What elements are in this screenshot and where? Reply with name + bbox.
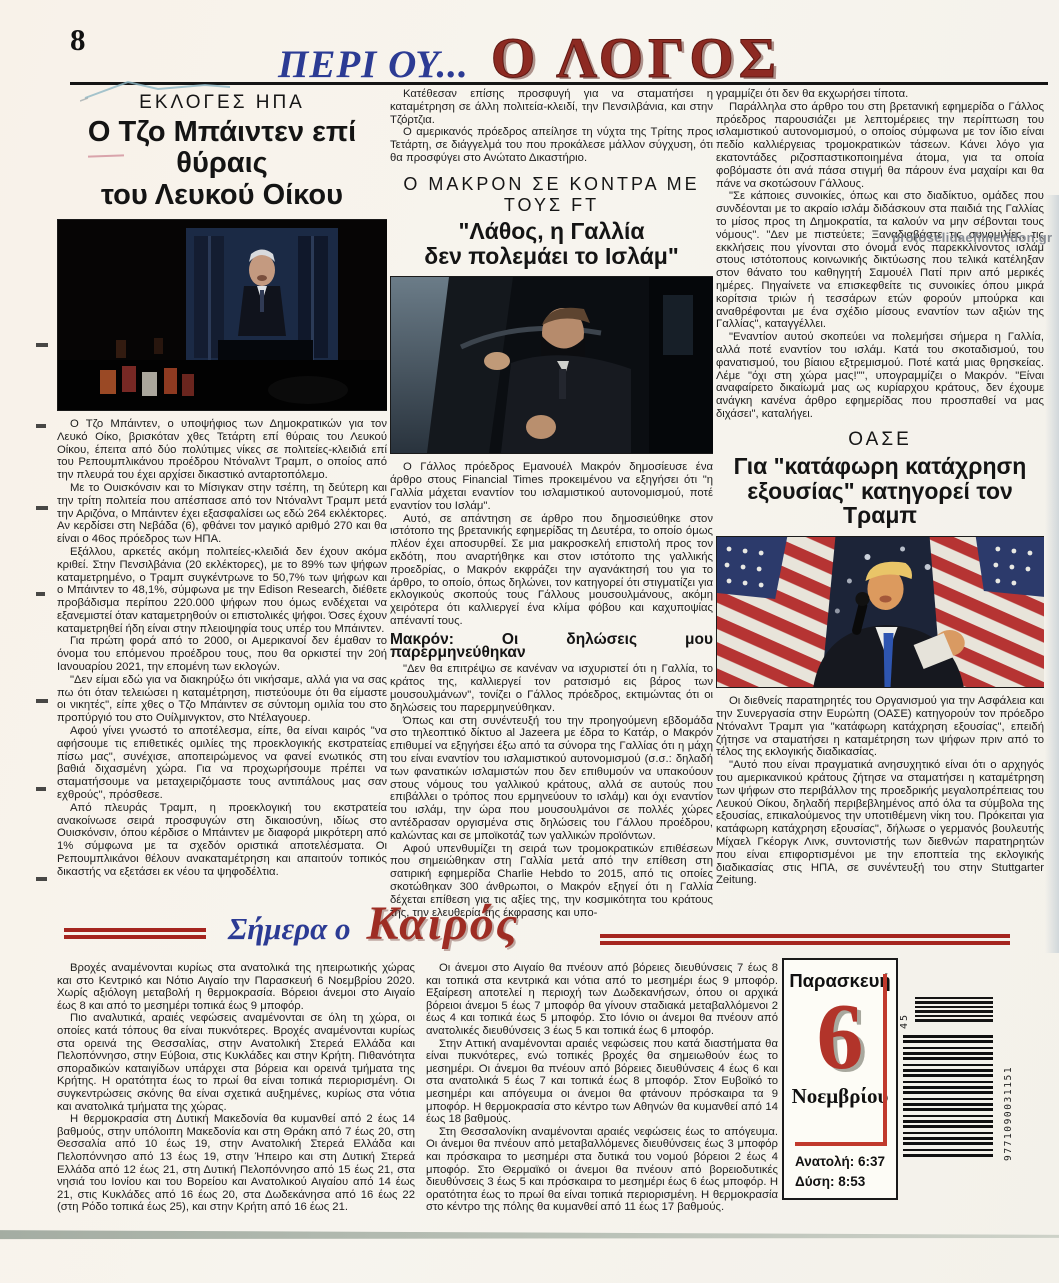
scan-mark [36, 424, 46, 428]
sunset-time: Δύση: 8:53 [795, 1172, 885, 1192]
biden-paragraph: Από πλευράς Τραμπ, η προεκλογική του εκσ… [57, 802, 387, 879]
macron-paragraph: Ο Γάλλος πρόεδρος Εμανουέλ Μακρόν δημοσί… [390, 461, 713, 512]
calendar-sun-times: Ανατολή: 6:37 Δύση: 8:53 [795, 1152, 885, 1192]
barcode-top-bars [915, 997, 993, 1024]
calendar-red-line-horizontal [795, 1142, 887, 1146]
biden-paragraph: Για πρώτη φορά από το 2000, οι Αμερικανο… [57, 635, 387, 673]
macron-paragraph: "Δεν θα επιτρέψω σε κανέναν να ισχυριστε… [390, 663, 713, 714]
calendar-month: Νοεμβρίου [784, 1084, 896, 1109]
calendar-box: Παρασκευή 6 Νοεμβρίου Ανατολή: 6:37 Δύση… [782, 958, 898, 1200]
sunrise-time: Ανατολή: 6:37 [795, 1152, 885, 1172]
newspaper-page: 8 ΠΕΡΙ ΟΥ...Ο ΛΟΓΟΣ ΕΚΛΟΓΕΣ ΗΠΑ Ο Τζο Μπ… [0, 0, 1059, 1283]
macron-cont-paragraph: "Εναντίον αυτού σκοπεύει να πολεμήσει σή… [716, 331, 1044, 421]
biden-photo [57, 219, 387, 411]
scan-mark [36, 877, 47, 881]
weather-paragraph: Στην Αττική αναμένονται αραιές νεφώσεις … [426, 1038, 778, 1126]
weather-paragraph: Η θερμοκρασία στη Δυτική Μακεδονία θα κυ… [57, 1113, 415, 1214]
scan-mark [36, 343, 48, 347]
weather-rule-right [600, 934, 1010, 945]
scan-edge-strip [1045, 195, 1059, 953]
oasce-paragraph: "Αυτό που είναι πραγματικά ανησυχητικό ε… [716, 759, 1044, 887]
macron-headline-line2: δεν πολεμάει το Ισλάμ" [390, 244, 713, 269]
scan-mark [36, 592, 45, 596]
trump-photo [716, 536, 1044, 688]
macron-subhead: Μακρόν: Οι δηλώσεις μου παρερμηνεύθηκαν [390, 634, 713, 660]
calendar-red-line-vertical [883, 974, 887, 1146]
biden-headline-line1: Ο Τζο Μπάιντεν επί θύραις [57, 117, 387, 180]
weather-paragraph: Οι άνεμοι στο Αιγαίο θα πνέουν από βόρει… [426, 962, 778, 1038]
weather-banner-title: Καιρός [367, 896, 520, 951]
weather-paragraph: Πιο αναλυτικά, αραιές νεφώσεις αναμένοντ… [57, 1012, 415, 1113]
issue-barcode: 45 9771090031151 [903, 993, 1003, 1173]
oasce-kicker: ΟΑΣΕ [716, 429, 1044, 451]
article-oasce: γραμμίζει ότι δεν θα εκχωρήσει τίποτα. Π… [716, 88, 1044, 950]
barcode-main-bars [903, 1035, 993, 1159]
macron-paragraph: Όπως και στη συνέντευξή του την προηγούμ… [390, 715, 713, 843]
biden-headline: Ο Τζο Μπάιντεν επί θύραις του Λευκού Οίκ… [57, 117, 387, 211]
weather-column-2: Οι άνεμοι στο Αιγαίο θα πνέουν από βόρει… [426, 962, 778, 1244]
watermark-text: protoselidaefimeridon.gr [892, 230, 1052, 245]
article-macron: Κατέθεσαν επίσης προσφυγή για να σταματή… [390, 88, 713, 948]
biden-paragraph: Αφού γίνει γνωστό το αποτέλεσμα, είπε, θ… [57, 725, 387, 802]
macron-cont-paragraph: Κατέθεσαν επίσης προσφυγή για να σταματή… [390, 88, 713, 126]
weather-rule-left [64, 928, 206, 939]
macron-cont-paragraph: Παράλληλα στο άρθρο του στη βρετανική εφ… [716, 101, 1044, 191]
weather-column-1: Βροχές αναμένονται κυρίως στα ανατολικά … [57, 962, 415, 1244]
macron-cont-paragraph: "Σε κάποιες συνοικίες, όπως και στο διαδ… [716, 190, 1044, 331]
macron-headline-line1: "Λάθος, η Γαλλία [390, 219, 713, 244]
weather-banner: Σήμερα ο Καιρός [0, 896, 1059, 956]
masthead-section-title: ΠΕΡΙ ΟΥ... [278, 43, 469, 86]
calendar-date: 6 [784, 994, 896, 1080]
biden-paragraph: Με το Ουισκόνσιν και το Μίσιγκαν στην τσ… [57, 482, 387, 546]
oasce-headline-line1: Για "κατάφωρη κατάχρηση [716, 454, 1044, 479]
macron-cont-paragraph: γραμμίζει ότι δεν θα εκχωρήσει τίποτα. [716, 88, 1044, 101]
oasce-headline-line2: εξουσίας" κατηγορεί τον Τραμπ [716, 479, 1044, 529]
biden-paragraph: Ο Τζο Μπάιντεν, ο υποψήφιος των Δημοκρατ… [57, 418, 387, 482]
weather-paragraph: Στη Θεσσαλονίκη αναμένονται αραιές νεφώσ… [426, 1126, 778, 1214]
macron-cont-paragraph: Ο αμερικανός πρόεδρος απείλησε τη νύχτα … [390, 126, 713, 164]
macron-photo [390, 276, 713, 454]
scan-mark [36, 699, 48, 703]
biden-kicker: ΕΚΛΟΓΕΣ ΗΠΑ [57, 92, 387, 114]
oasce-headline: Για "κατάφωρη κατάχρηση εξουσίας" κατηγο… [716, 454, 1044, 528]
oasce-paragraph: Οι διεθνείς παρατηρητές του Οργανισμού γ… [716, 695, 1044, 759]
macron-headline: "Λάθος, η Γαλλία δεν πολεμάει το Ισλάμ" [390, 219, 713, 269]
barcode-top-number: 45 [899, 1013, 910, 1029]
biden-headline-line2: του Λευκού Οίκου [57, 180, 387, 211]
macron-kicker: Ο ΜΑΚΡΟΝ ΣΕ ΚΟΝΤΡΑ ΜΕ ΤΟΥΣ FT [390, 174, 713, 216]
article-biden: ΕΚΛΟΓΕΣ ΗΠΑ Ο Τζο Μπάιντεν επί θύραις το… [57, 92, 387, 904]
scan-mark [36, 506, 48, 510]
macron-paragraph: Αυτό, σε απάντηση σε άρθρο που δημοσιεύθ… [390, 513, 713, 628]
masthead-logo: Ο ΛΟΓΟΣ [491, 27, 781, 90]
weather-banner-prefix: Σήμερα ο [228, 911, 351, 947]
weather-paragraph: Βροχές αναμένονται κυρίως στα ανατολικά … [57, 962, 415, 1012]
biden-paragraph: "Δεν είμαι εδώ για να διακηρύξω ότι νική… [57, 674, 387, 725]
scan-mark [36, 787, 46, 791]
biden-paragraph: Εξάλλου, αρκετές ακόμη πολιτείες-κλειδιά… [57, 546, 387, 636]
barcode-number: 9771090031151 [1003, 1066, 1014, 1161]
